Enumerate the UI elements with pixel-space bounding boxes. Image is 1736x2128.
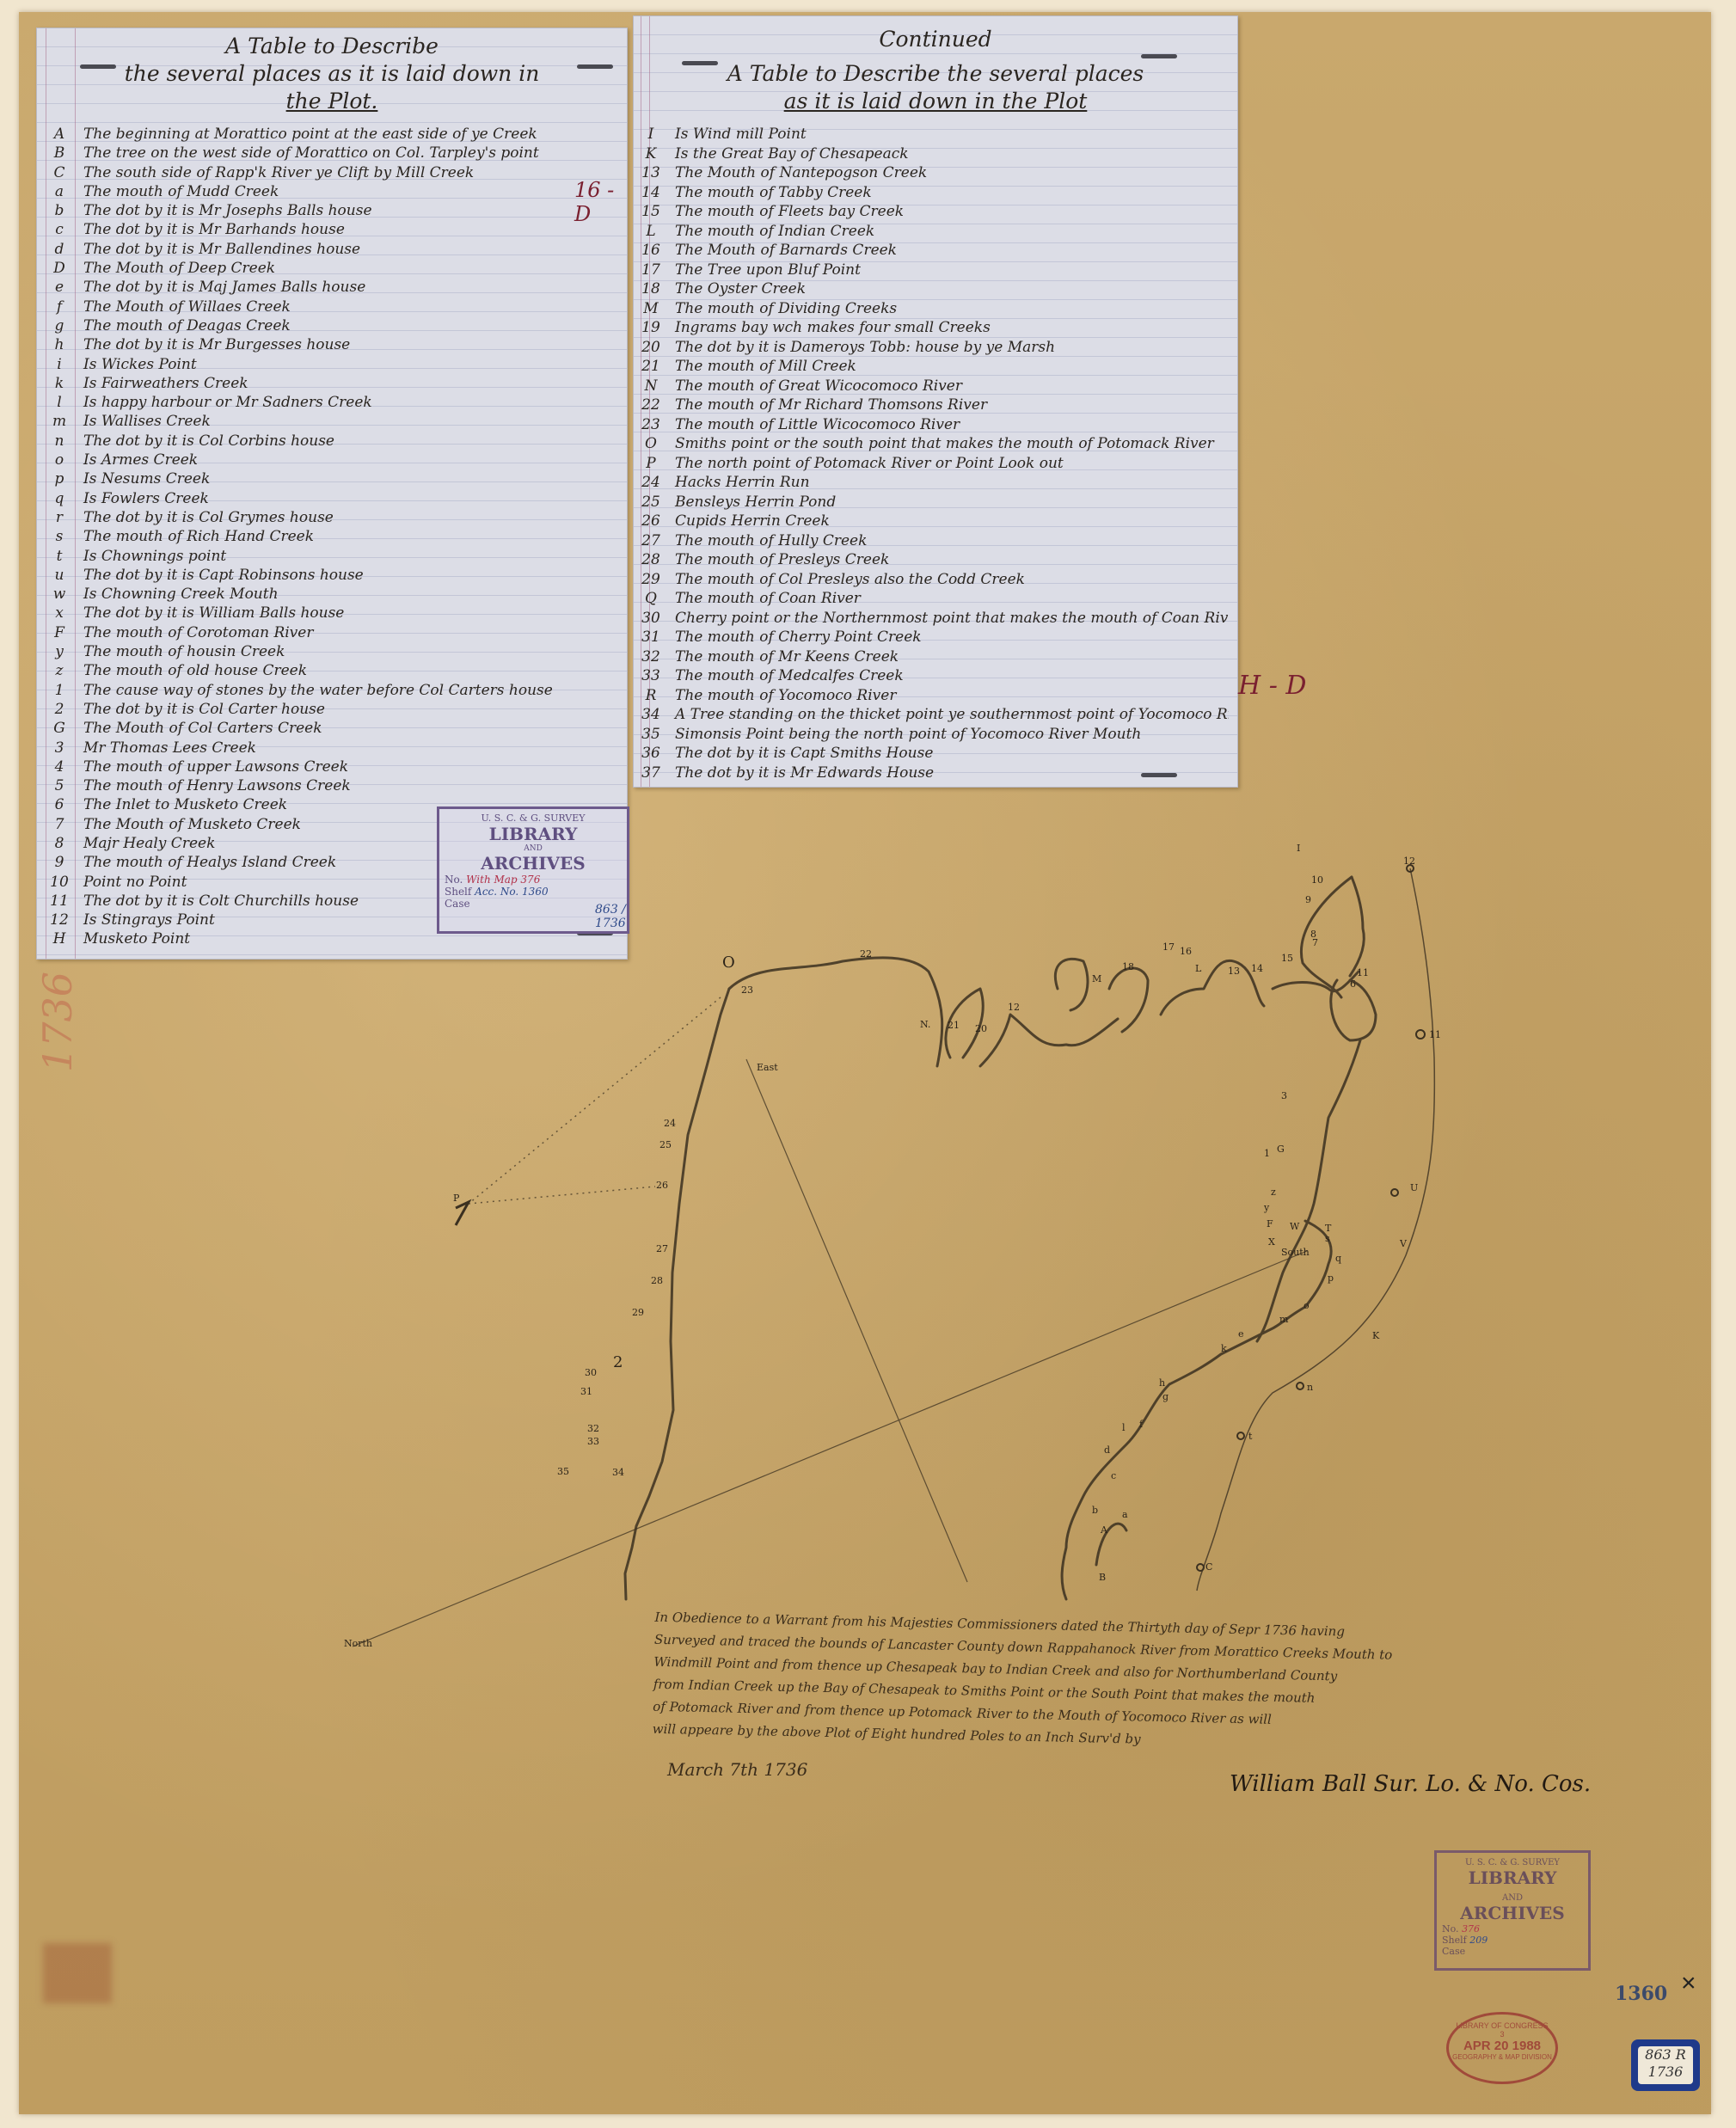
row-key: M — [635, 299, 666, 319]
row-key: L — [635, 222, 666, 242]
row-key: 13 — [635, 163, 666, 183]
row-description: The Mouth of Musketo Creek — [75, 815, 301, 834]
row-description: The dot by it is Mr Barhands house — [75, 220, 345, 239]
table-row: aThe mouth of Mudd Creek — [44, 182, 618, 201]
svg-text:M: M — [1092, 973, 1101, 984]
table-row: bThe dot by it is Mr Josephs Balls house — [44, 201, 618, 220]
svg-text:K: K — [1372, 1330, 1380, 1341]
row-description: Is Fowlers Creek — [75, 489, 209, 508]
row-description: Is Wallises Creek — [75, 412, 211, 431]
svg-text:24: 24 — [664, 1118, 676, 1129]
table-row: AThe beginning at Morattico point at the… — [44, 125, 618, 144]
svg-text:6: 6 — [1350, 978, 1356, 990]
svg-text:33: 33 — [587, 1436, 599, 1447]
table-row: 25Bensleys Herrin Pond — [635, 493, 1229, 512]
table-title: A Table to Describe — [37, 32, 627, 61]
table-title: A Table to Describe the several places — [634, 59, 1237, 89]
svg-text:15: 15 — [1281, 953, 1293, 964]
row-description: The tree on the west side of Morattico o… — [75, 144, 539, 163]
row-description: The Mouth of Deep Creek — [75, 259, 275, 278]
svg-text:P: P — [453, 1193, 460, 1204]
row-key: 10 — [44, 873, 75, 892]
row-description: The mouth of Hully Creek — [666, 531, 867, 551]
table-row: DThe Mouth of Deep Creek — [44, 259, 618, 278]
row-key: 26 — [635, 512, 666, 531]
row-key: 16 — [635, 241, 666, 261]
table-row: 23The mouth of Little Wicocomoco River — [635, 415, 1229, 435]
svg-text:C: C — [1205, 1561, 1212, 1573]
table-row: hThe dot by it is Mr Burgesses house — [44, 335, 618, 354]
row-description: The mouth of Corotoman River — [75, 623, 313, 642]
row-description: Ingrams bay wch makes four small Creeks — [666, 318, 991, 338]
row-description: The mouth of Mr Richard Thomsons River — [666, 396, 987, 415]
row-description: The mouth of housin Creek — [75, 642, 285, 661]
svg-text:31: 31 — [580, 1386, 592, 1397]
table-row: 26Cupids Herrin Creek — [635, 512, 1229, 531]
table-row: 31The mouth of Cherry Point Creek — [635, 628, 1229, 647]
row-description: A Tree standing on the thicket point ye … — [666, 705, 1229, 725]
row-key: e — [44, 278, 75, 297]
row-description: The mouth of Coan River — [666, 589, 861, 609]
svg-text:North: North — [344, 1638, 372, 1649]
row-description: The mouth of Dividing Creeks — [666, 299, 897, 319]
table-row: 15The mouth of Fleets bay Creek — [635, 202, 1229, 222]
table-rows-right: IIs Wind mill PointKIs the Great Bay of … — [635, 125, 1229, 782]
row-description: The mouth of old house Creek — [75, 661, 307, 680]
table-row: 37The dot by it is Mr Edwards House — [635, 764, 1229, 783]
svg-text:16: 16 — [1180, 946, 1192, 957]
side-reference-right: H - D — [1238, 671, 1306, 701]
row-description: The mouth of Indian Creek — [666, 222, 874, 242]
surveyor-signature: William Ball Sur. Lo. & No. Cos. — [1230, 1771, 1591, 1797]
table-row: 27The mouth of Hully Creek — [635, 531, 1229, 551]
table-note-right: Continued A Table to Describe the severa… — [633, 15, 1238, 788]
svg-text:28: 28 — [651, 1275, 663, 1286]
library-stamp-2: U. S. C. & G. SURVEY LIBRARY AND ARCHIVE… — [1434, 1850, 1591, 1971]
svg-text:32: 32 — [587, 1423, 599, 1434]
table-row: kIs Fairweathers Creek — [44, 374, 618, 393]
table-row: iIs Wickes Point — [44, 355, 618, 374]
svg-text:B: B — [1099, 1572, 1106, 1583]
row-description: The dot by it is Capt Smiths House — [666, 744, 933, 764]
row-description: The Mouth of Barnards Creek — [666, 241, 897, 261]
table-row: 20The dot by it is Dameroys Tobb: house … — [635, 338, 1229, 358]
table-row: 30Cherry point or the Northernmost point… — [635, 609, 1229, 629]
table-row: 5The mouth of Henry Lawsons Creek — [44, 776, 618, 795]
svg-text:z: z — [1271, 1187, 1276, 1198]
table-row: dThe dot by it is Mr Ballendines house — [44, 240, 618, 259]
svg-text:G: G — [1277, 1144, 1285, 1155]
row-description: The mouth of Yocomoco River — [666, 686, 896, 706]
table-subtitle: the several places as it is laid down in — [37, 59, 627, 89]
survey-date: March 7th 1736 — [667, 1759, 807, 1780]
table-row: IIs Wind mill Point — [635, 125, 1229, 144]
table-row: xThe dot by it is William Balls house — [44, 604, 618, 622]
table-row: 16The Mouth of Barnards Creek — [635, 241, 1229, 261]
row-key: R — [635, 686, 666, 706]
row-description: The mouth of Little Wicocomoco River — [666, 415, 960, 435]
row-key: 2 — [44, 700, 75, 719]
table-row: uThe dot by it is Capt Robinsons house — [44, 566, 618, 585]
library-of-congress-stamp: LIBRARY OF CONGRESS 3 APR 20 1988 GEOGRA… — [1446, 2012, 1558, 2084]
row-description: Is Fairweathers Creek — [75, 374, 248, 393]
table-subtitle-2: the Plot. — [37, 87, 627, 116]
table-row: FThe mouth of Corotoman River — [44, 623, 618, 642]
svg-text:21: 21 — [948, 1020, 960, 1031]
row-description: The mouth of Medcalfes Creek — [666, 666, 904, 686]
row-description: The Mouth of Col Carters Creek — [75, 719, 322, 738]
row-description: The dot by it is Mr Ballendines house — [75, 240, 360, 259]
svg-text:c: c — [1111, 1470, 1116, 1481]
row-description: Bensleys Herrin Pond — [666, 493, 836, 512]
row-key: 36 — [635, 744, 666, 764]
row-description: The mouth of Mill Creek — [666, 357, 856, 377]
table-row: rThe dot by it is Col Grymes house — [44, 508, 618, 527]
row-description: Cupids Herrin Creek — [666, 512, 830, 531]
row-key: 7 — [44, 815, 75, 834]
margin-call-note: 863 / 1736 — [595, 903, 629, 930]
svg-text:27: 27 — [656, 1243, 668, 1254]
svg-text:p: p — [1328, 1273, 1334, 1284]
svg-text:m: m — [1279, 1314, 1289, 1325]
table-row: cThe dot by it is Mr Barhands house — [44, 220, 618, 239]
row-key: 3 — [44, 739, 75, 757]
table-row: 32The mouth of Mr Keens Creek — [635, 647, 1229, 667]
row-description: The dot by it is Col Carter house — [75, 700, 325, 719]
row-key: G — [44, 719, 75, 738]
row-description: Is Stingrays Point — [75, 911, 215, 929]
row-key: 28 — [635, 550, 666, 570]
svg-text:29: 29 — [632, 1307, 644, 1318]
row-key: b — [44, 201, 75, 220]
row-key: 31 — [635, 628, 666, 647]
table-row: 19Ingrams bay wch makes four small Creek… — [635, 318, 1229, 338]
row-key: 22 — [635, 396, 666, 415]
table-row: 18The Oyster Creek — [635, 279, 1229, 299]
row-key: p — [44, 469, 75, 488]
row-description: The mouth of Tabby Creek — [666, 183, 872, 203]
map-labels: O 23 22 N. 21 20 12 M 18 17 16 L 13 14 1… — [344, 843, 1441, 1649]
table-row: NThe mouth of Great Wicocomoco River — [635, 377, 1229, 396]
row-description: Is Wind mill Point — [666, 125, 807, 144]
table-row: 28The mouth of Presleys Creek — [635, 550, 1229, 570]
svg-text:q: q — [1335, 1253, 1341, 1264]
row-key: l — [44, 393, 75, 412]
row-key: f — [44, 297, 75, 316]
svg-text:14: 14 — [1251, 963, 1263, 974]
table-row: lIs happy harbour or Mr Sadners Creek — [44, 393, 618, 412]
row-key: I — [635, 125, 666, 144]
row-description: Point no Point — [75, 873, 187, 892]
row-key: 17 — [635, 261, 666, 280]
row-key: 32 — [635, 647, 666, 667]
row-description: The dot by it is Mr Burgesses house — [75, 335, 350, 354]
row-key: q — [44, 489, 75, 508]
svg-text:3: 3 — [1281, 1090, 1287, 1101]
row-key: z — [44, 661, 75, 680]
row-description: Mr Thomas Lees Creek — [75, 739, 256, 757]
row-description: Is Wickes Point — [75, 355, 197, 374]
row-key: 33 — [635, 666, 666, 686]
row-key: g — [44, 316, 75, 335]
table-row: 21The mouth of Mill Creek — [635, 357, 1229, 377]
row-description: The mouth of Deagas Creek — [75, 316, 291, 335]
row-key: C — [44, 163, 75, 182]
table-row: sThe mouth of Rich Hand Creek — [44, 527, 618, 546]
row-description: Is Nesums Creek — [75, 469, 210, 488]
row-key: c — [44, 220, 75, 239]
row-key: h — [44, 335, 75, 354]
table-row: gThe mouth of Deagas Creek — [44, 316, 618, 335]
row-key: 21 — [635, 357, 666, 377]
row-description: Is Chowning Creek Mouth — [75, 585, 279, 604]
svg-text:d: d — [1104, 1444, 1110, 1456]
row-key: r — [44, 508, 75, 527]
table-row: 2The dot by it is Col Carter house — [44, 700, 618, 719]
row-description: The dot by it is Capt Robinsons house — [75, 566, 364, 585]
row-description: The mouth of Fleets bay Creek — [666, 202, 904, 222]
row-key: B — [44, 144, 75, 163]
row-description: The mouth of Col Presleys also the Codd … — [666, 570, 1025, 590]
svg-text:N.: N. — [920, 1019, 930, 1030]
row-key: 24 — [635, 473, 666, 493]
row-description: The mouth of Mr Keens Creek — [666, 647, 899, 667]
svg-text:25: 25 — [659, 1139, 672, 1150]
table-row: CThe south side of Rapp'k River ye Clift… — [44, 163, 618, 182]
call-number-label: 863 R1736 — [1631, 2039, 1700, 2091]
row-description: The dot by it is Colt Churchills house — [75, 892, 359, 911]
row-key: F — [44, 623, 75, 642]
table-row: MThe mouth of Dividing Creeks — [635, 299, 1229, 319]
table-row: fThe Mouth of Willaes Creek — [44, 297, 618, 316]
row-description: The dot by it is Dameroys Tobb: house by… — [666, 338, 1055, 358]
table-row: 17The Tree upon Bluf Point — [635, 261, 1229, 280]
table-row: wIs Chowning Creek Mouth — [44, 585, 618, 604]
svg-text:h: h — [1159, 1377, 1165, 1389]
row-description: Is Armes Creek — [75, 451, 198, 469]
row-description: The mouth of Henry Lawsons Creek — [75, 776, 351, 795]
row-description: The mouth of Great Wicocomoco River — [666, 377, 962, 396]
svg-text:X: X — [1268, 1236, 1275, 1248]
row-key: 35 — [635, 725, 666, 745]
row-description: The mouth of Cherry Point Creek — [666, 628, 922, 647]
row-description: Cherry point or the Northernmost point t… — [666, 609, 1229, 629]
row-key: i — [44, 355, 75, 374]
svg-text:e: e — [1238, 1328, 1244, 1340]
svg-text:1: 1 — [1264, 1148, 1270, 1159]
row-key: 37 — [635, 764, 666, 783]
table-row: pIs Nesums Creek — [44, 469, 618, 488]
row-description: The cause way of stones by the water bef… — [75, 681, 553, 700]
table-row: 22The mouth of Mr Richard Thomsons River — [635, 396, 1229, 415]
row-description: The dot by it is Maj James Balls house — [75, 278, 365, 297]
row-key: A — [44, 125, 75, 144]
row-key: 9 — [44, 853, 75, 872]
table-row: tIs Chownings point — [44, 547, 618, 566]
table-row: 14The mouth of Tabby Creek — [635, 183, 1229, 203]
table-row: nThe dot by it is Col Corbins house — [44, 432, 618, 451]
table-row: 36The dot by it is Capt Smiths House — [635, 744, 1229, 764]
svg-text:a: a — [1122, 1509, 1128, 1520]
svg-text:South: South — [1281, 1247, 1310, 1258]
table-row: 33The mouth of Medcalfes Creek — [635, 666, 1229, 686]
svg-text:East: East — [757, 1062, 778, 1073]
row-description: The Mouth of Nantepogson Creek — [666, 163, 927, 183]
svg-text:U: U — [1410, 1182, 1418, 1193]
svg-text:35: 35 — [557, 1466, 569, 1477]
row-description: The Oyster Creek — [666, 279, 806, 299]
table-row: eThe dot by it is Maj James Balls house — [44, 278, 618, 297]
row-key: 23 — [635, 415, 666, 435]
table-row: zThe mouth of old house Creek — [44, 661, 618, 680]
svg-text:23: 23 — [741, 984, 753, 996]
table-row: 24Hacks Herrin Run — [635, 473, 1229, 493]
svg-text:s: s — [1325, 1233, 1330, 1244]
table-row: 13The Mouth of Nantepogson Creek — [635, 163, 1229, 183]
row-description: The mouth of upper Lawsons Creek — [75, 757, 348, 776]
row-key: 19 — [635, 318, 666, 338]
row-description: The Mouth of Willaes Creek — [75, 297, 291, 316]
row-key: 1 — [44, 681, 75, 700]
row-key: k — [44, 374, 75, 393]
table-row: 34A Tree standing on the thicket point y… — [635, 705, 1229, 725]
row-key: 18 — [635, 279, 666, 299]
table-row: 3Mr Thomas Lees Creek — [44, 739, 618, 757]
svg-text:20: 20 — [975, 1023, 987, 1034]
row-key: D — [44, 259, 75, 278]
tack-mark — [1141, 54, 1177, 58]
svg-text:o: o — [1304, 1300, 1310, 1311]
row-description: The south side of Rapp'k River ye Clift … — [75, 163, 474, 182]
row-key: 34 — [635, 705, 666, 725]
svg-text:17: 17 — [1162, 941, 1175, 953]
table-row: GThe Mouth of Col Carters Creek — [44, 719, 618, 738]
row-key: Q — [635, 589, 666, 609]
svg-text:F: F — [1267, 1218, 1273, 1230]
row-key: 15 — [635, 202, 666, 222]
row-key: s — [44, 527, 75, 546]
row-key: x — [44, 604, 75, 622]
table-row: mIs Wallises Creek — [44, 412, 618, 431]
svg-text:9: 9 — [1305, 894, 1311, 905]
row-description: The mouth of Presleys Creek — [666, 550, 889, 570]
row-key: 29 — [635, 570, 666, 590]
row-key: o — [44, 451, 75, 469]
row-description: Is happy harbour or Mr Sadners Creek — [75, 393, 372, 412]
row-description: The beginning at Morattico point at the … — [75, 125, 537, 144]
svg-text:12: 12 — [1008, 1002, 1020, 1013]
svg-text:t: t — [1248, 1431, 1253, 1442]
table-subtitle: as it is laid down in the Plot — [634, 87, 1237, 116]
row-key: 30 — [635, 609, 666, 629]
svg-text:13: 13 — [1228, 966, 1240, 977]
row-key: n — [44, 432, 75, 451]
row-description: Majr Healy Creek — [75, 834, 215, 853]
row-key: K — [635, 144, 666, 164]
svg-text:2: 2 — [613, 1353, 623, 1371]
row-key: 4 — [44, 757, 75, 776]
row-description: The mouth of Mudd Creek — [75, 182, 279, 201]
table-row: OSmiths point or the south point that ma… — [635, 434, 1229, 454]
row-key: d — [44, 240, 75, 259]
table-row: KIs the Great Bay of Chesapeack — [635, 144, 1229, 164]
accession-number: 1360 — [1615, 1983, 1667, 2005]
svg-text:y: y — [1263, 1202, 1270, 1213]
row-key: O — [635, 434, 666, 454]
table-row: 1The cause way of stones by the water be… — [44, 681, 618, 700]
table-row: PThe north point of Potomack River or Po… — [635, 454, 1229, 474]
row-key: 27 — [635, 531, 666, 551]
svg-text:V: V — [1399, 1238, 1408, 1249]
svg-text:b: b — [1092, 1505, 1098, 1516]
table-row: qIs Fowlers Creek — [44, 489, 618, 508]
row-description: The mouth of Healys Island Creek — [75, 853, 336, 872]
row-description: Hacks Herrin Run — [666, 473, 810, 493]
svg-text:A: A — [1100, 1524, 1108, 1536]
row-key: P — [635, 454, 666, 474]
svg-text:11: 11 — [1429, 1029, 1441, 1040]
row-key: 20 — [635, 338, 666, 358]
row-key: N — [635, 377, 666, 396]
svg-text:O: O — [722, 954, 735, 972]
row-key: w — [44, 585, 75, 604]
svg-text:I: I — [1297, 843, 1300, 854]
svg-text:10: 10 — [1311, 874, 1323, 886]
row-description: Is Chownings point — [75, 547, 226, 566]
row-description: Musketo Point — [75, 929, 190, 948]
table-row: RThe mouth of Yocomoco River — [635, 686, 1229, 706]
row-description: The Inlet to Musketo Creek — [75, 795, 287, 814]
svg-text:11: 11 — [1357, 967, 1369, 978]
table-row: 29The mouth of Col Presleys also the Cod… — [635, 570, 1229, 590]
row-description: The dot by it is Mr Edwards House — [666, 764, 934, 783]
row-description: The north point of Potomack River or Poi… — [666, 454, 1064, 474]
row-description: The dot by it is Mr Josephs Balls house — [75, 201, 372, 220]
row-description: The mouth of Rich Hand Creek — [75, 527, 314, 546]
row-key: 8 — [44, 834, 75, 853]
svg-text:W: W — [1290, 1221, 1300, 1232]
svg-text:g: g — [1162, 1391, 1169, 1402]
svg-text:34: 34 — [612, 1467, 624, 1478]
row-description: Smiths point or the south point that mak… — [666, 434, 1214, 454]
row-key: 6 — [44, 795, 75, 814]
row-key: m — [44, 412, 75, 431]
svg-text:k: k — [1221, 1343, 1227, 1354]
table-row: oIs Armes Creek — [44, 451, 618, 469]
row-description: Simonsis Point being the north point of … — [666, 725, 1141, 745]
svg-text:L: L — [1195, 963, 1202, 974]
row-key: 25 — [635, 493, 666, 512]
row-key: u — [44, 566, 75, 585]
row-key: H — [44, 929, 75, 948]
row-key: t — [44, 547, 75, 566]
x-mark: × — [1681, 1969, 1696, 1998]
svg-text:22: 22 — [860, 948, 872, 960]
row-key: 5 — [44, 776, 75, 795]
svg-text:26: 26 — [656, 1180, 668, 1191]
svg-text:l: l — [1122, 1422, 1126, 1433]
row-description: Is the Great Bay of Chesapeack — [666, 144, 909, 164]
surveyor-statement: In Obedience to a Warrant from his Majes… — [652, 1606, 1497, 1757]
svg-text:30: 30 — [585, 1367, 597, 1378]
table-row: 35Simonsis Point being the north point o… — [635, 725, 1229, 745]
svg-text:n: n — [1307, 1382, 1313, 1393]
row-key: y — [44, 642, 75, 661]
table-continued: Continued — [634, 25, 1237, 54]
row-description: The dot by it is Col Corbins house — [75, 432, 334, 451]
row-key: 14 — [635, 183, 666, 203]
row-description: The dot by it is Col Grymes house — [75, 508, 334, 527]
